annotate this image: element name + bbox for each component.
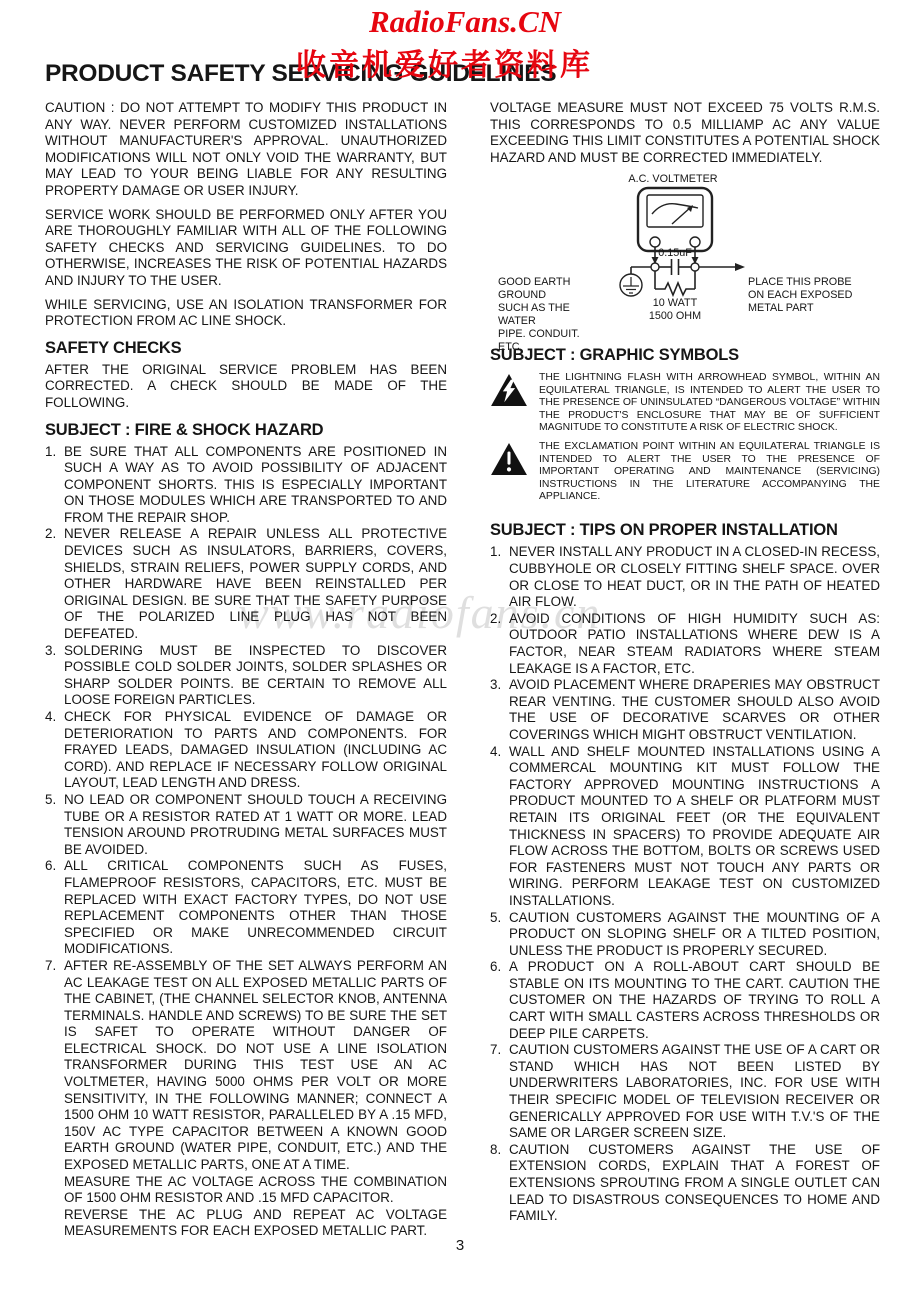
wire-node-left [651, 263, 659, 271]
exclamation-symbol-text: THE EXCLAMATION POINT WITHIN AN EQUILATE… [539, 441, 880, 503]
probe-arrow [735, 263, 745, 271]
list-item-number: 4. [45, 709, 56, 726]
list-item-number: 3. [490, 677, 501, 694]
tips-list-item: 5.CAUTION CUSTOMERS AGAINST THE MOUNTING… [490, 910, 880, 960]
list-item-number: 6. [45, 858, 56, 875]
item7-continuation-paragraph: REVERSE THE AC PLUG AND REPEAT AC VOLTAG… [45, 1207, 447, 1240]
lightning-triangle-icon [490, 372, 528, 434]
intro-paragraph: CAUTION : DO NOT ATTEMPT TO MODIFY THIS … [45, 100, 447, 200]
fire-shock-list-item: 2.NEVER RELEASE A REPAIR UNLESS ALL PROT… [45, 526, 447, 642]
list-item-text: WALL AND SHELF MOUNTED INSTALLATIONS USI… [509, 744, 880, 908]
fire-shock-list-item: 6.ALL CRITICAL COMPONENTS SUCH AS FUSES,… [45, 858, 447, 958]
radiofans-chinese-watermark: 收音机爱好者资料库 [296, 40, 626, 84]
list-item-number: 1. [45, 444, 56, 461]
safety-checks-body: AFTER THE ORIGINAL SERVICE PROBLEM HAS B… [45, 362, 447, 412]
list-item-text: NEVER INSTALL ANY PRODUCT IN A CLOSED-IN… [509, 544, 880, 609]
tips-list-item: 8.CAUTION CUSTOMERS AGAINST THE USE OF E… [490, 1142, 880, 1225]
left-column: CAUTION : DO NOT ATTEMPT TO MODIFY THIS … [45, 100, 447, 1240]
voltage-intro-paragraph: VOLTAGE MEASURE MUST NOT EXCEED 75 VOLTS… [490, 100, 880, 166]
tips-list-item: 6.A PRODUCT ON A ROLL-ABOUT CART SHOULD … [490, 959, 880, 1042]
list-item-text: AVOID PLACEMENT WHERE DRAPERIES MAY OBST… [509, 677, 880, 742]
list-item-number: 5. [45, 792, 56, 809]
safety-checks-heading: SAFETY CHECKS [45, 339, 447, 358]
exclamation-symbol-row: THE EXCLAMATION POINT WITHIN AN EQUILATE… [490, 441, 880, 503]
intro-paragraph: WHILE SERVICING, USE AN ISOLATION TRANSF… [45, 297, 447, 330]
wire-node-right [691, 263, 699, 271]
lightning-symbol-text: THE LIGHTNING FLASH WITH ARROWHEAD SYMBO… [539, 372, 880, 434]
voltmeter-body [638, 188, 712, 251]
list-item-text: SOLDERING MUST BE INSPECTED TO DISCOVER … [64, 643, 447, 708]
probe-label: PLACE THIS PROBE ON EACH EXPOSED METAL P… [748, 276, 860, 315]
list-item-number: 5. [490, 910, 501, 927]
list-item-number: 4. [490, 744, 501, 761]
tips-heading: SUBJECT : TIPS ON PROPER INSTALLATION [490, 521, 880, 540]
list-item-text: CHECK FOR PHYSICAL EVIDENCE OF DAMAGE OR… [64, 709, 447, 790]
list-item-text: NO LEAD OR COMPONENT SHOULD TOUCH A RECE… [64, 792, 447, 857]
radiofans-watermark: RadioFans.CN [345, 4, 585, 40]
list-item-text: CAUTION CUSTOMERS AGAINST THE MOUNTING O… [509, 910, 880, 958]
resistor-zigzag [655, 283, 695, 295]
item7-continuation-block: MEASURE THE AC VOLTAGE ACROSS THE COMBIN… [45, 1174, 447, 1240]
fire-shock-list: 1.BE SURE THAT ALL COMPONENTS ARE POSITI… [45, 444, 447, 1174]
lightning-symbol-row: THE LIGHTNING FLASH WITH ARROWHEAD SYMBO… [490, 372, 880, 434]
list-item-number: 7. [490, 1042, 501, 1059]
tips-list: 1.NEVER INSTALL ANY PRODUCT IN A CLOSED-… [490, 544, 880, 1224]
resistor-value-label: 10 WATT 1500 OHM [640, 297, 710, 323]
meter-needle [672, 207, 691, 224]
list-item-text: A PRODUCT ON A ROLL-ABOUT CART SHOULD BE… [509, 959, 880, 1040]
intro-paragraph: SERVICE WORK SHOULD BE PERFORMED ONLY AF… [45, 207, 447, 290]
fire-shock-list-item: 1.BE SURE THAT ALL COMPONENTS ARE POSITI… [45, 444, 447, 527]
exclamation-triangle-icon [490, 441, 528, 503]
list-item-number: 6. [490, 959, 501, 976]
list-item-number: 1. [490, 544, 501, 561]
right-column: VOLTAGE MEASURE MUST NOT EXCEED 75 VOLTS… [490, 100, 880, 1225]
ac-voltmeter-diagram: A.C. VOLTMETER 0.15uF 10 WATT 1500 OHM G… [490, 173, 880, 337]
page-number: 3 [0, 1237, 920, 1254]
fire-shock-heading: SUBJECT : FIRE & SHOCK HAZARD [45, 421, 447, 440]
tips-list-item: 1.NEVER INSTALL ANY PRODUCT IN A CLOSED-… [490, 544, 880, 610]
earth-ground-label: GOOD EARTH GROUND SUCH AS THE WATER PIPE… [498, 276, 600, 354]
diagram-title: A.C. VOLTMETER [598, 173, 748, 186]
list-item-text: CAUTION CUSTOMERS AGAINST THE USE OF EXT… [509, 1142, 880, 1223]
list-item-text: CAUTION CUSTOMERS AGAINST THE USE OF A C… [509, 1042, 880, 1140]
tips-list-item: 4.WALL AND SHELF MOUNTED INSTALLATIONS U… [490, 744, 880, 910]
list-item-number: 2. [490, 611, 501, 628]
item7-continuation-paragraph: MEASURE THE AC VOLTAGE ACROSS THE COMBIN… [45, 1174, 447, 1207]
list-item-text: BE SURE THAT ALL COMPONENTS ARE POSITION… [64, 444, 447, 525]
list-item-text: AFTER RE-ASSEMBLY OF THE SET ALWAYS PERF… [64, 958, 447, 1172]
document-page: www.radiofans.cn PRODUCT SAFETY SERVICIN… [0, 0, 920, 1300]
intro-paragraphs: CAUTION : DO NOT ATTEMPT TO MODIFY THIS … [45, 100, 447, 330]
tips-list-item: 2.AVOID CONDITIONS OF HIGH HUMIDITY SUCH… [490, 611, 880, 677]
list-item-text: NEVER RELEASE A REPAIR UNLESS ALL PROTEC… [64, 526, 447, 641]
fire-shock-list-item: 7.AFTER RE-ASSEMBLY OF THE SET ALWAYS PE… [45, 958, 447, 1174]
fire-shock-list-item: 4.CHECK FOR PHYSICAL EVIDENCE OF DAMAGE … [45, 709, 447, 792]
meter-terminal-right [690, 237, 700, 247]
list-item-number: 2. [45, 526, 56, 543]
meter-terminal-left [650, 237, 660, 247]
tips-list-item: 3.AVOID PLACEMENT WHERE DRAPERIES MAY OB… [490, 677, 880, 743]
list-item-text: ALL CRITICAL COMPONENTS SUCH AS FUSES, F… [64, 858, 447, 956]
list-item-number: 7. [45, 958, 56, 975]
capacitor-value-label: 0.15uF [646, 247, 704, 260]
list-item-text: AVOID CONDITIONS OF HIGH HUMIDITY SUCH A… [509, 611, 880, 676]
tips-list-item: 7.CAUTION CUSTOMERS AGAINST THE USE OF A… [490, 1042, 880, 1142]
fire-shock-list-item: 5.NO LEAD OR COMPONENT SHOULD TOUCH A RE… [45, 792, 447, 858]
list-item-number: 3. [45, 643, 56, 660]
fire-shock-list-item: 3.SOLDERING MUST BE INSPECTED TO DISCOVE… [45, 643, 447, 709]
list-item-number: 8. [490, 1142, 501, 1159]
